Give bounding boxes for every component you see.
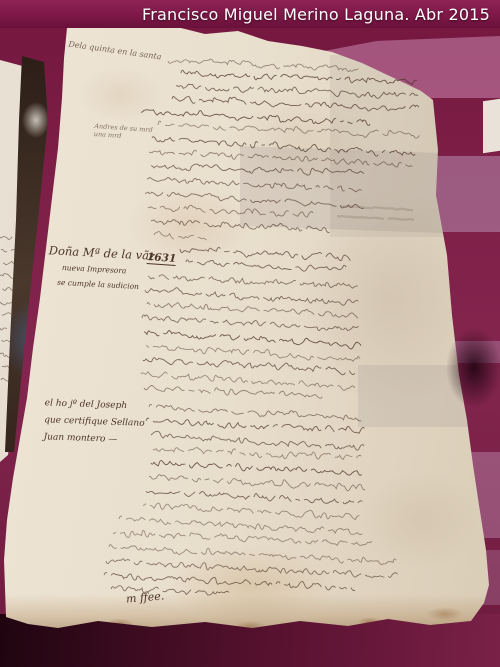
photo-caption-text: Francisco Miguel Merino Laguna. Abr 2015 (142, 5, 490, 24)
background-paper-corner (483, 99, 500, 153)
shadow-blob (446, 328, 500, 408)
manuscript-page (0, 0, 500, 667)
photo-caption-bar: Francisco Miguel Merino Laguna. Abr 2015 (0, 0, 500, 28)
photo-viewer: Dela quinta en la santa Andres de su mrd… (0, 0, 500, 667)
